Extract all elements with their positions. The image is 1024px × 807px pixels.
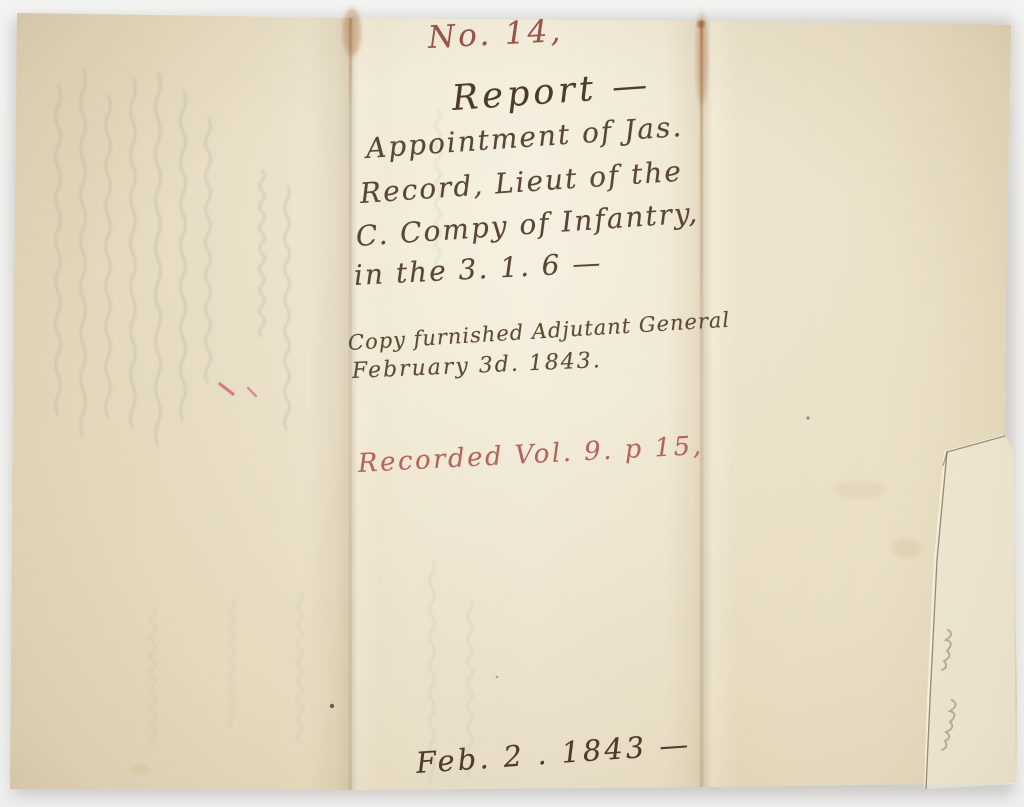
doc-number: No. 14, <box>427 13 564 56</box>
paper-tear <box>925 436 1016 789</box>
scanned-document: No. 14, Report — Appointment of Jas. Rec… <box>0 0 1024 807</box>
pink-marks <box>220 384 256 396</box>
bleed-through-writing <box>56 68 290 446</box>
